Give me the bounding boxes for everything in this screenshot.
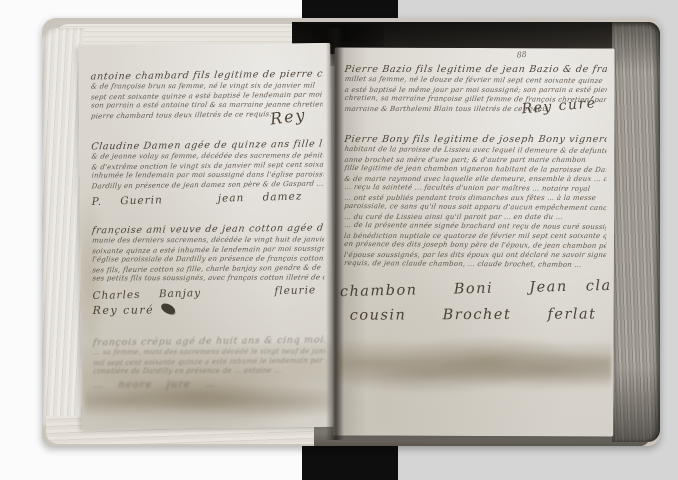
signature-rey: Rey (269, 105, 308, 129)
handwriting-line: cimetière de Dardilly en présence de … a… (93, 366, 326, 377)
handwriting-line: Dardilly en présence de jean damez son p… (91, 179, 324, 191)
entry-baptism-pierre-bazio: Pierre Bazio fils legitime de jean Bazio… (344, 64, 606, 115)
signature-brochet-rey-cure: cousin Brochet ferlat Rey curé (350, 301, 612, 328)
handwriting-line: … de la présente année signée brachard o… (344, 221, 607, 233)
page-stack-left-edge (42, 28, 84, 432)
handwriting-line: requis, de jean claude chambon, … claude… (343, 259, 606, 271)
entry-text: françois crépu agé de huit ans & cinq mo… (93, 335, 325, 378)
folio-number: 88 (516, 50, 527, 60)
handwriting-line: habitant de la paroisse de Lissieu avec … (344, 145, 607, 157)
handwriting-line: millet sa femme, né le douze de février … (344, 75, 607, 87)
signatures-row: Charles Banjay fleurie Cotton (92, 283, 324, 301)
handwriting-line: Pierre Bazio fils legitime de jean Bazio… (344, 64, 608, 76)
gutter-shadow (326, 28, 344, 440)
manuscript-scan: antoine chambard fils legitime de pierre… (0, 0, 678, 480)
entry-burial-francoise-ami: françoise ami veuve de jean cotton agée … (92, 223, 325, 317)
entry-marriage-pierre-bony-marie-chambon: Pierre Bony fils legitime de joseph Bony… (344, 134, 606, 270)
marriage-witness-signatures: chambon Boni Jean claude ch cousin Broch… (340, 276, 612, 329)
handwriting-line: ses petits fils tous soussignés, avec fr… (92, 273, 325, 284)
handwriting-line: paroissiale, ce sans qu'il nous soit app… (344, 202, 607, 214)
handwriting-line: fille legitime de jean chambon vigneron … (344, 164, 607, 176)
page-stack-fore-edge-right (612, 22, 660, 442)
handwriting-line: en présence des dits joseph bony père de… (343, 240, 606, 252)
open-register-book: antoine chambard fils legitime de pierre… (42, 18, 660, 446)
signature-smudged: … neore jure … (93, 377, 325, 390)
handwriting-line: … reçu la sainteté … facultés d'union pa… (344, 183, 607, 195)
ink-bleed-stain-right-page (337, 338, 611, 399)
signatures-row: P. Guerin jean damez Damez (92, 190, 324, 208)
signature-chambon-boni-jeanclaude: chambon Boni Jean claude ch (340, 273, 613, 305)
left-page: antoine chambard fils legitime de pierre… (78, 43, 333, 429)
entry-text: Claudine Damen agée de quinze ans fille … (91, 139, 323, 191)
right-page: 88 Pierre Bazio fils legitime de jean Ba… (333, 48, 614, 437)
entry-text: Pierre Bony fils legitime de joseph Bony… (344, 134, 606, 270)
entry-burial-francois-crepu: françois crépu agé de huit ans & cinq mo… (93, 335, 325, 391)
entry-baptism-antoine-chambard: antoine chambard fils legitime de pierre… (91, 69, 323, 121)
signature-rey-cure: Rey curé (93, 301, 325, 316)
entry-text: françoise ami veuve de jean cotton agée … (92, 223, 325, 285)
entry-burial-claudine-damen: Claudine Damen agée de quinze ans fille … (91, 139, 324, 206)
handwriting-line: Pierre Bony fils legitime de joseph Bony… (344, 134, 608, 146)
